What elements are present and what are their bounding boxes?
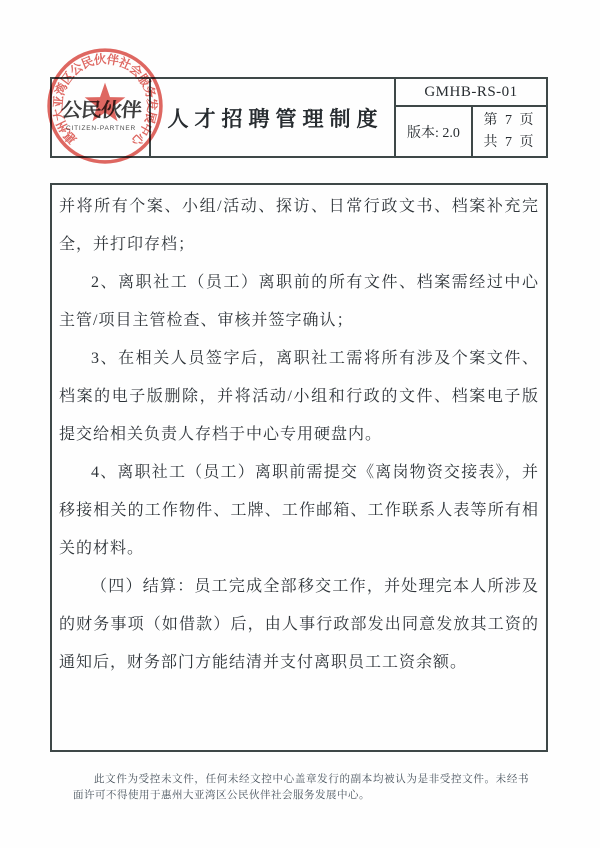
version-label: 版本: 2.0 [396,107,473,156]
body-paragraph: 4、离职社工（员工）离职前需提交《离岗物资交接表》，并移接相关的工作物件、工牌、… [59,454,539,568]
document-title: 人才招聘管理制度 [162,103,384,133]
page-number-cell: 第 7 页 共 7 页 [473,107,546,156]
meta-cell: GMHB-RS-01 版本: 2.0 第 7 页 共 7 页 [396,79,546,156]
body-paragraph: 3、在相关人员签字后，离职社工需将所有涉及个案文件、档案的电子版删除，并将活动/… [59,340,539,454]
page-current: 第 7 页 [484,110,536,132]
company-logo: 公民伙伴 CITIZEN-PARTNER [52,94,150,132]
body-paragraph: 2、离职社工（员工）离职前的所有文件、档案需经过中心主管/项目主管检查、审核并签… [59,264,539,340]
document-page: 公民伙伴 CITIZEN-PARTNER 人才招聘管理制度 GMHB-RS-01… [0,0,600,848]
body-paragraph: （四）结算：员工完成全部移交工作，并处理完本人所涉及的财务事项（如借款）后，由人… [59,568,539,682]
page-total: 共 7 页 [484,132,536,154]
logo-en-text: CITIZEN-PARTNER [52,125,150,132]
policy-body: 并将所有个案、小组/活动、探访、日常行政文书、档案补充完全，并打印存档； 2、离… [50,183,548,752]
meta-bottom-row: 版本: 2.0 第 7 页 共 7 页 [396,107,546,156]
doc-code: GMHB-RS-01 [396,79,546,107]
title-cell: 人才招聘管理制度 [151,79,396,156]
logo-cn-text: 公民伙伴 [51,95,151,123]
footer-notice: 此文件为受控未文件，任何未经文控中心盖章发行的副本均被认为是非受控文件。未经书面… [73,772,529,803]
body-paragraph: 并将所有个案、小组/活动、探访、日常行政文书、档案补充完全，并打印存档； [59,188,539,264]
